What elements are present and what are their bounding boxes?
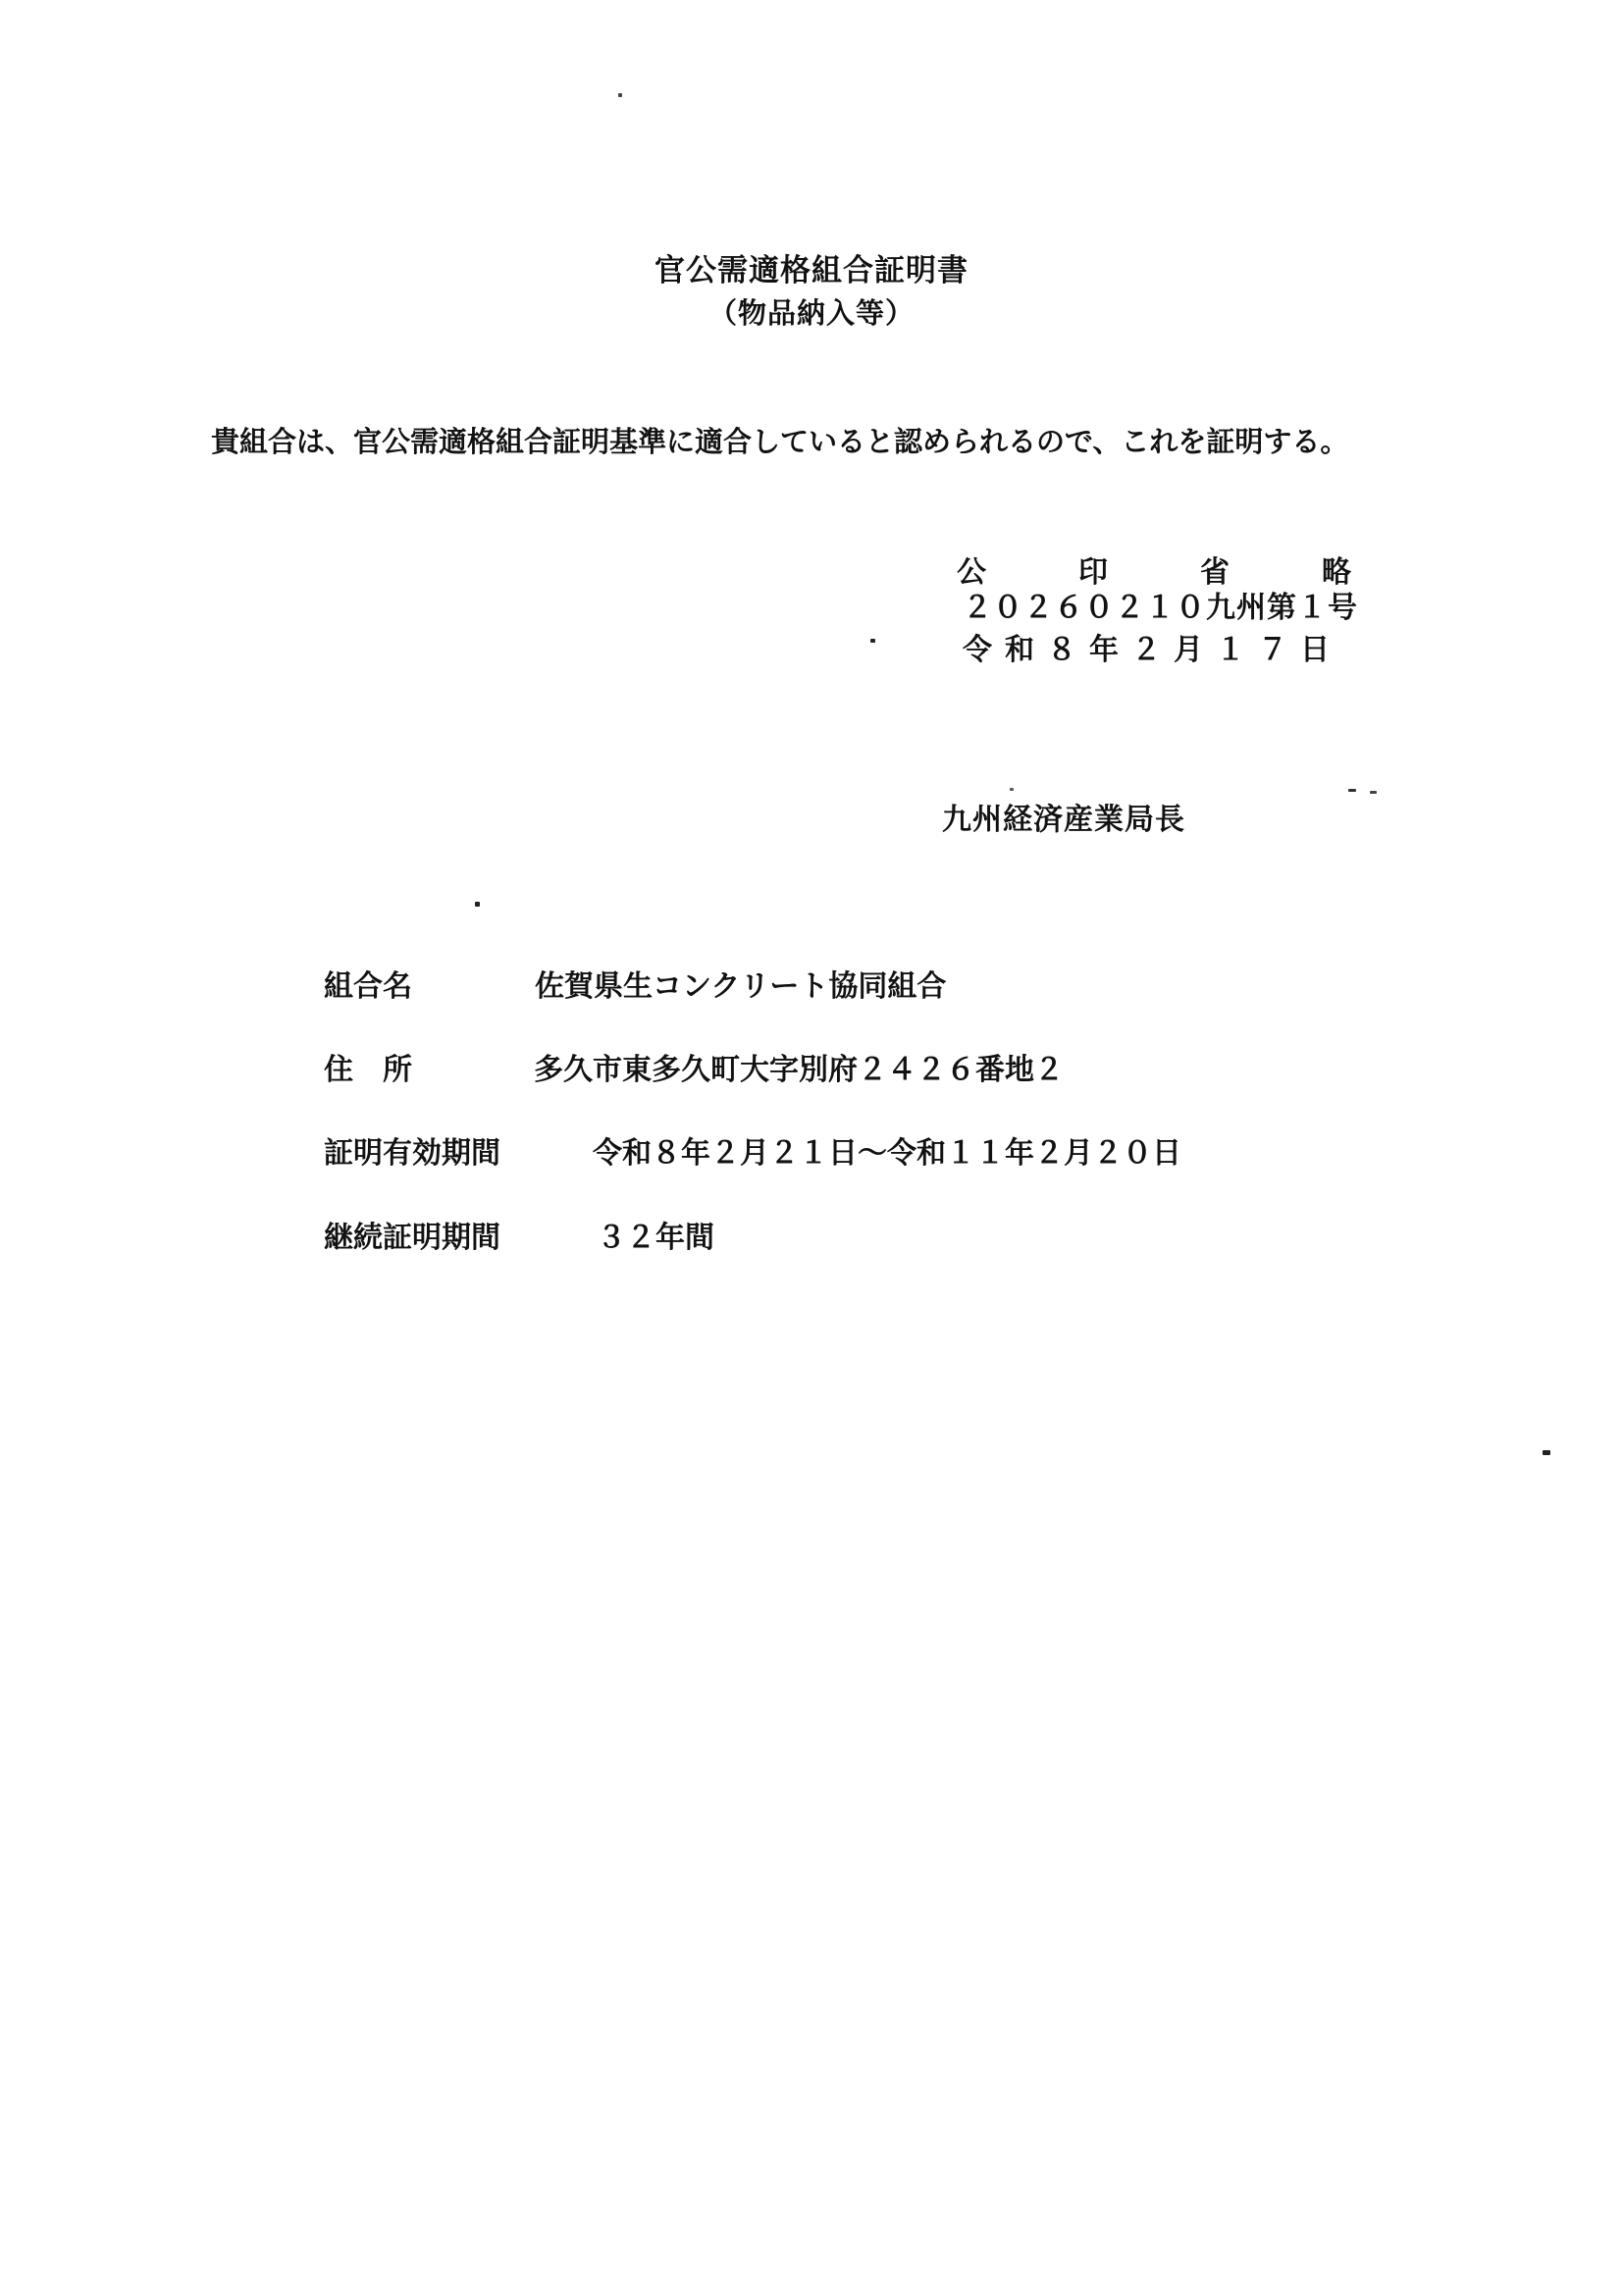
document-subtitle: （物品納入等） (0, 291, 1623, 332)
issuer-title: 九州経済産業局長 (942, 795, 1185, 838)
issue-date: 令和８年２月１７日 (963, 625, 1342, 668)
certification-statement: 貴組合は、官公需適格組合証明基準に適合していると認められるので、これを証明する。 (211, 420, 1348, 460)
scan-artifact-dot (1010, 788, 1014, 791)
document-title: 官公需適格組合証明書 (0, 245, 1623, 289)
field-value: 佐賀県生コンクリート協同組合 (535, 962, 946, 1005)
field-row-association-name: 組合名 佐賀県生コンクリート協同組合 (0, 962, 1623, 1001)
field-row-continuous-certification-period: 継続証明期間 ３２年間 (0, 1213, 1623, 1252)
scan-artifact-dot (475, 902, 480, 907)
scan-artifact-dot (618, 93, 622, 97)
field-label: 証明有効期間 (324, 1128, 500, 1172)
field-label: 継続証明期間 (324, 1213, 500, 1256)
field-row-validity-period: 証明有効期間 令和８年２月２１日～令和１１年２月２０日 (0, 1128, 1623, 1168)
field-value: 令和８年２月２１日～令和１１年２月２０日 (593, 1128, 1181, 1172)
field-label: 組合名 (324, 962, 412, 1005)
scan-artifact-dash (1370, 791, 1377, 794)
scan-artifact-dash (1348, 789, 1356, 792)
field-row-address: 住 所 多久市東多久町大字別府２４２６番地２ (0, 1045, 1623, 1084)
field-value: ３２年間 (597, 1213, 714, 1256)
scan-artifact-dot (1543, 1450, 1550, 1455)
field-label: 住 所 (324, 1045, 412, 1088)
scanned-certificate-document: 官公需適格組合証明書 （物品納入等） 貴組合は、官公需適格組合証明基準に適合して… (0, 0, 1623, 2296)
document-number: ２０２６０２１０九州第１号 (963, 583, 1358, 626)
field-value: 多久市東多久町大字別府２４２６番地２ (534, 1045, 1064, 1088)
scan-artifact-dot (870, 639, 875, 643)
